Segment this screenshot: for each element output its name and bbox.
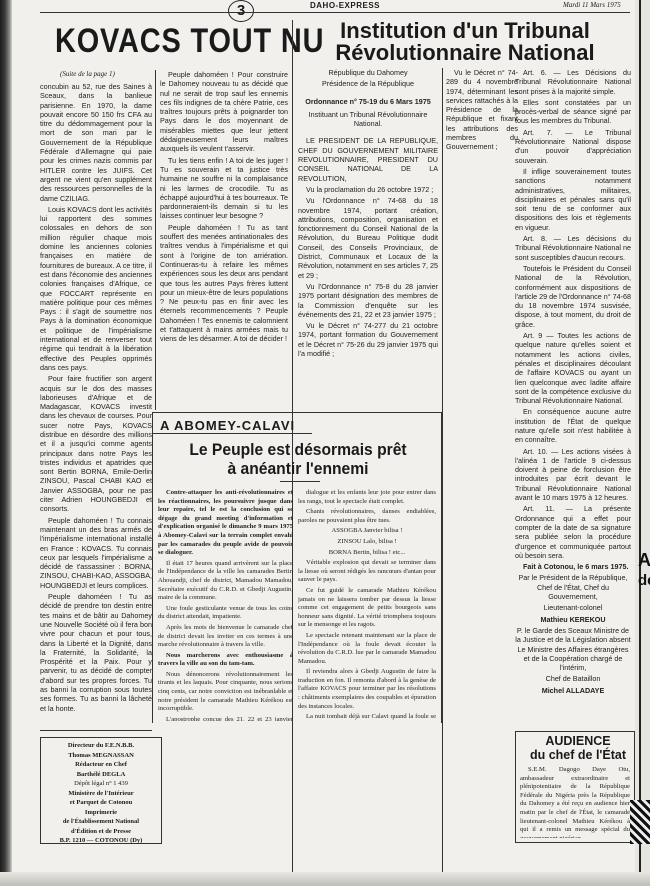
page-number: 3	[228, 0, 254, 22]
imprint-box: Directeur du F.E.N.B.B. Thomas MEGNASSAN…	[40, 737, 162, 844]
kovacs-headline: KOVACS TOUT NU	[55, 22, 324, 61]
audience-body: S.E.M. Dagogo Daye Otu, ambassadeur extr…	[520, 766, 630, 838]
tribunal-column-2: Vu le Décret n° 74-289 du 4 novembre 197…	[446, 68, 518, 880]
kovacs-column-2: Peuple dahoméen ! Pour construire le Dah…	[160, 70, 288, 410]
abomey-headline: Le Peuple est désormais prêt à anéantir …	[169, 440, 427, 478]
abomey-kicker: A ABOMEY-CALAVI	[160, 418, 295, 433]
audience-headline: AUDIENCE du chef de l'État	[518, 734, 638, 762]
decorative-stripes	[630, 800, 650, 844]
newspaper-page: 3 DAHO-EXPRESS Mardi 11 Mars 1975 KOVACS…	[0, 0, 650, 886]
headline-rule	[280, 481, 320, 482]
issue-date: Mardi 11 Mars 1975	[563, 1, 621, 9]
adjacent-page-fragment: A	[638, 550, 650, 571]
abomey-column-1: Contre-attaquer les anti-révolutionnaire…	[158, 489, 293, 721]
kicker-rule	[152, 433, 312, 434]
imprint-rule	[40, 730, 152, 731]
adjacent-page-fragment: de	[638, 572, 650, 589]
tribunal-headline: Institution d'un Tribunal Révolutionnair…	[300, 20, 630, 64]
continued-note: (Suite de la page 1)	[60, 70, 115, 78]
header-rule	[40, 12, 630, 13]
masthead: DAHO-EXPRESS	[310, 1, 380, 10]
kovacs-column-1: concubin au 52, rue des Saines à Sceaux,…	[40, 82, 152, 722]
scan-bottom-edge	[0, 872, 650, 886]
scan-binding-edge	[0, 0, 12, 886]
column-rule	[155, 70, 156, 410]
tribunal-column-3: Art. 6. — Les Décisions du Tribunal Révo…	[515, 68, 631, 728]
tribunal-column-1: République du Dahomey Présidence de la R…	[298, 68, 438, 406]
abomey-column-2: dialogue et les enfants leur joie pour e…	[298, 489, 436, 721]
column-rule	[442, 68, 443, 880]
